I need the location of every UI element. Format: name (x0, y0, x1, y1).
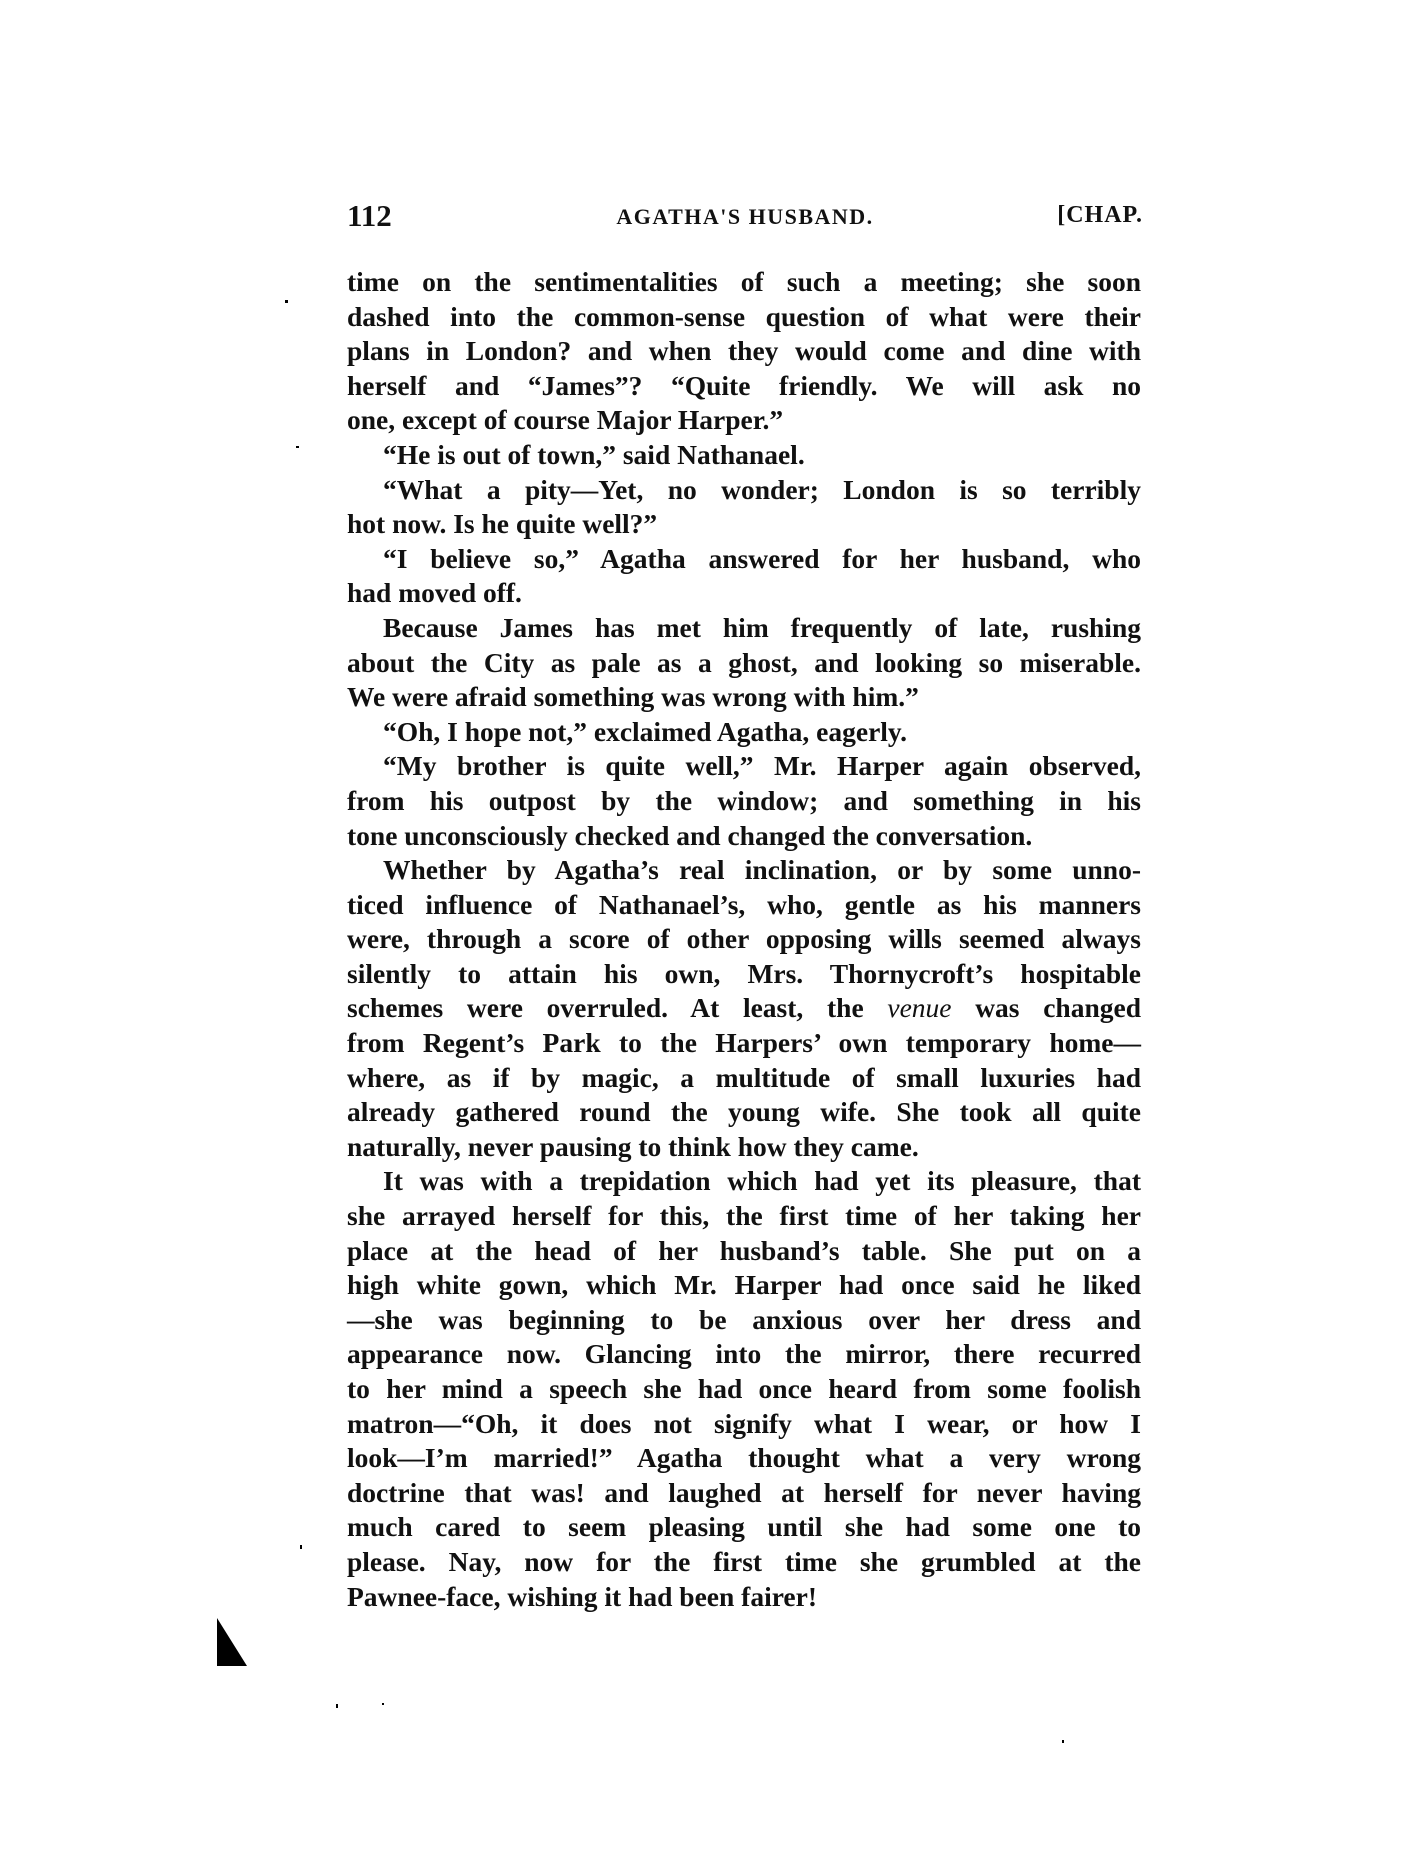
text-line: look—I’m married!” Agatha thought what a… (347, 1441, 1141, 1476)
text-line: “I believe so,” Agatha answered for her … (347, 542, 1141, 577)
text-line: “My brother is quite well,” Mr. Harper a… (347, 749, 1141, 784)
text-line: she arrayed herself for this, the first … (347, 1199, 1141, 1234)
text-line: appearance now. Glancing into the mirror… (347, 1337, 1141, 1372)
text-line: to her mind a speech she had once heard … (347, 1372, 1141, 1407)
text-line: high white gown, which Mr. Harper had on… (347, 1268, 1141, 1303)
text-line: dashed into the common-sense question of… (347, 300, 1141, 335)
text-line: one, except of course Major Harper.” (347, 403, 1141, 438)
scan-corner-mark (217, 1618, 247, 1666)
running-head: 112 AGATHA'S HUSBAND. [CHAP. (347, 198, 1143, 238)
body-text: time on the sentimentalities of such a m… (347, 265, 1141, 1614)
text-fragment: schemes were overruled. At least, the (347, 992, 887, 1023)
text-line: doctrine that was! and laughed at hersel… (347, 1476, 1141, 1511)
running-title: AGATHA'S HUSBAND. (347, 204, 1143, 230)
text-line: —she was beginning to be anxious over he… (347, 1303, 1141, 1338)
text-line: Because James has met him frequently of … (347, 611, 1141, 646)
text-line: were, through a score of other opposing … (347, 922, 1141, 957)
text-line: please. Nay, now for the first time she … (347, 1545, 1141, 1580)
scan-speck (296, 446, 299, 448)
text-line: plans in London? and when they would com… (347, 334, 1141, 369)
scan-speck (285, 300, 288, 303)
italic-word-venue: venue (887, 992, 951, 1023)
text-line: time on the sentimentalities of such a m… (347, 265, 1141, 300)
scan-speck (382, 1703, 384, 1705)
scan-speck (336, 1704, 338, 1708)
text-line: schemes were overruled. At least, the ve… (347, 991, 1141, 1026)
text-line: matron—“Oh, it does not signify what I w… (347, 1407, 1141, 1442)
text-line: “What a pity—Yet, no wonder; London is s… (347, 473, 1141, 508)
text-line: from Regent’s Park to the Harpers’ own t… (347, 1026, 1141, 1061)
text-line: already gathered round the young wife. S… (347, 1095, 1141, 1130)
text-line: where, as if by magic, a multitude of sm… (347, 1061, 1141, 1096)
text-line: ticed influence of Nathanael’s, who, gen… (347, 888, 1141, 923)
text-line: herself and “James”? “Quite friendly. We… (347, 369, 1141, 404)
text-line: about the City as pale as a ghost, and l… (347, 646, 1141, 681)
text-line: Whether by Agatha’s real inclination, or… (347, 853, 1141, 888)
text-line: “He is out of town,” said Nathanael. (347, 438, 1141, 473)
scan-speck (1062, 1740, 1064, 1743)
book-page: 112 AGATHA'S HUSBAND. [CHAP. time on the… (0, 0, 1401, 1851)
text-line: from his outpost by the window; and some… (347, 784, 1141, 819)
text-line: Pawnee-face, wishing it had been fairer! (347, 1580, 1141, 1615)
text-line: had moved off. (347, 576, 1141, 611)
text-line: naturally, never pausing to think how th… (347, 1130, 1141, 1165)
scan-speck (300, 1545, 302, 1549)
text-line: tone unconsciously checked and changed t… (347, 819, 1141, 854)
text-fragment: was changed (951, 992, 1141, 1023)
chapter-mark: [CHAP. (1057, 202, 1143, 229)
text-line: place at the head of her husband’s table… (347, 1234, 1141, 1269)
text-line: It was with a trepidation which had yet … (347, 1164, 1141, 1199)
text-line: silently to attain his own, Mrs. Thornyc… (347, 957, 1141, 992)
text-line: “Oh, I hope not,” exclaimed Agatha, eage… (347, 715, 1141, 750)
text-line: much cared to seem pleasing until she ha… (347, 1510, 1141, 1545)
text-line: We were afraid something was wrong with … (347, 680, 1141, 715)
text-line: hot now. Is he quite well?” (347, 507, 1141, 542)
